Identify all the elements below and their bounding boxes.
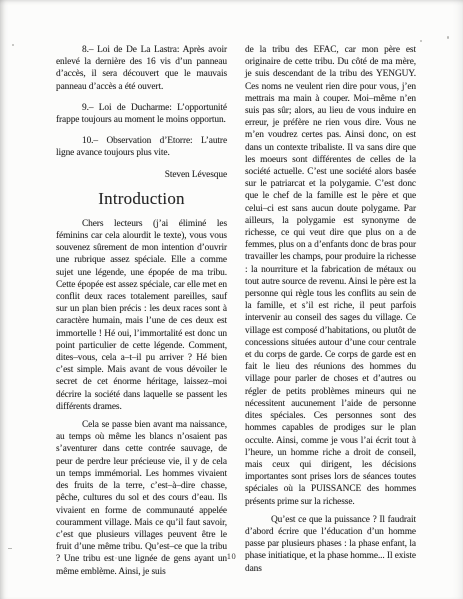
section-heading: Introduction	[56, 189, 227, 209]
scan-speck	[420, 40, 422, 42]
author-signature: Steven Lévesque	[56, 169, 227, 181]
law-item-9: 9.– Loi de Ducharme: L’opportunité frapp…	[56, 102, 227, 126]
law-item-10: 10.– Observation d’Etorre: L’autre ligne…	[56, 135, 227, 159]
scanned-book-page: 8.– Loi de De La Lastra: Après avoir enl…	[0, 0, 463, 599]
right-column: de la tribu des EFAC, car mon père est o…	[245, 44, 416, 581]
paragraph-puissance: Qu’est ce que la puissance ? Il faudrait…	[245, 514, 416, 575]
scan-speck	[447, 36, 449, 39]
left-column: 8.– Loi de De La Lastra: Après avoir enl…	[56, 44, 227, 584]
law-item-8: 8.– Loi de De La Lastra: Après avoir enl…	[56, 44, 227, 93]
paragraph-intro: Chers lecteurs (j’ai éliminé les féminin…	[56, 218, 227, 413]
paragraph-tribe-continuation: de la tribu des EFAC, car mon père est o…	[245, 44, 416, 508]
scan-speck	[115, 557, 117, 559]
scan-speck	[12, 44, 14, 46]
scan-speck	[8, 548, 12, 549]
page-number: 10	[0, 551, 463, 561]
